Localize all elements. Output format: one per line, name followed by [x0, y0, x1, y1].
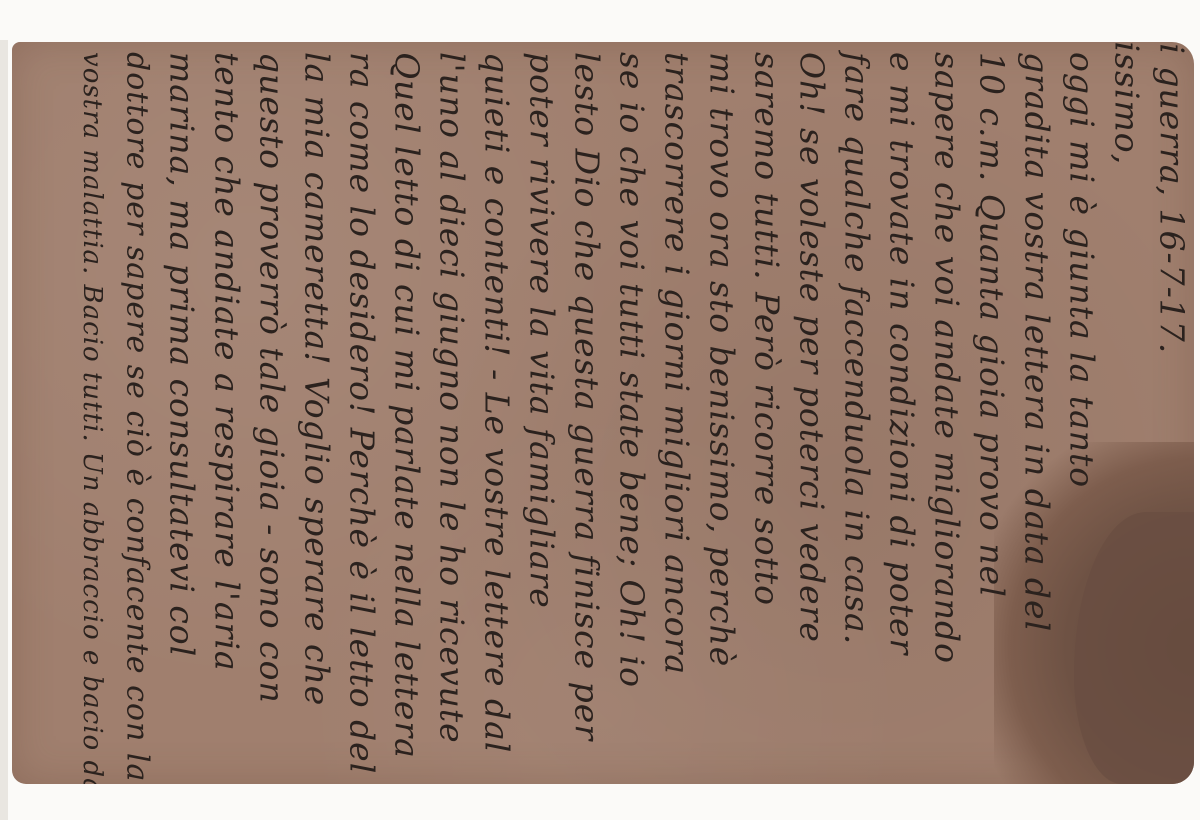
letter-line: Quel letto di cui mi parlate nella lette…: [388, 52, 427, 784]
letter-line: 10 c.m. Quanta gioia provo nel: [973, 52, 1012, 784]
letter-line: se io che voi tutti state bene; Oh! io: [613, 52, 652, 784]
letter-line: sapere che voi andate migliorando: [928, 52, 967, 784]
letter-line: gradita vostra lettera in data del: [1018, 52, 1057, 784]
salutation: Babbo carissimo,: [1108, 42, 1147, 622]
handwritten-text: Zona di guerra, 16-7-17. Babbo carissimo…: [12, 42, 1194, 784]
letter-line: mi trovo ora sto benissimo, perchè: [703, 52, 742, 784]
letter-line: fare qualche faccenduola in casa.: [838, 52, 877, 784]
postcard: Zona di guerra, 16-7-17. Babbo carissimo…: [12, 42, 1194, 784]
letter-line: la mia cameretta! Voglio sperare che: [298, 52, 337, 784]
dateline: Zona di guerra, 16-7-17.: [1153, 42, 1192, 682]
letter-line: lesto Dio che questa guerra finisce per: [568, 52, 607, 784]
letter-line: dottore per sapere se ciò è confacente c…: [120, 52, 155, 784]
letter-line: marina, ma prima consultatevi col: [163, 52, 202, 784]
letter-line: trascorrere i giorni migliori ancora: [658, 52, 697, 784]
letter-line: ra come lo desidero! Perchè è il letto d…: [343, 52, 382, 784]
letter-line: oggi mi è giunta la tanto: [1063, 52, 1102, 784]
letter-line: quieti e contenti! - Le vostre lettere d…: [478, 52, 517, 784]
letter-line: questo proverrò tale gioia - sono con: [253, 52, 292, 784]
letter-line: e mi trovate in condizioni di poter: [883, 52, 922, 784]
letter-line: poter rivivere la vita famigliare: [523, 52, 562, 784]
letter-line: tento che andiate a respirare l'aria: [208, 52, 247, 784]
letter-line: Oh! se voleste per poterci vedere: [793, 52, 832, 784]
letter-line: vostra malattia. Bacio tutti. Un abbracc…: [77, 52, 107, 784]
letter-line: saremo tutti. Però ricorre sotto: [748, 52, 787, 784]
letter-line: l'uno al dieci giugno non le ho ricevute: [433, 52, 472, 784]
scanner-edge: [0, 40, 8, 820]
